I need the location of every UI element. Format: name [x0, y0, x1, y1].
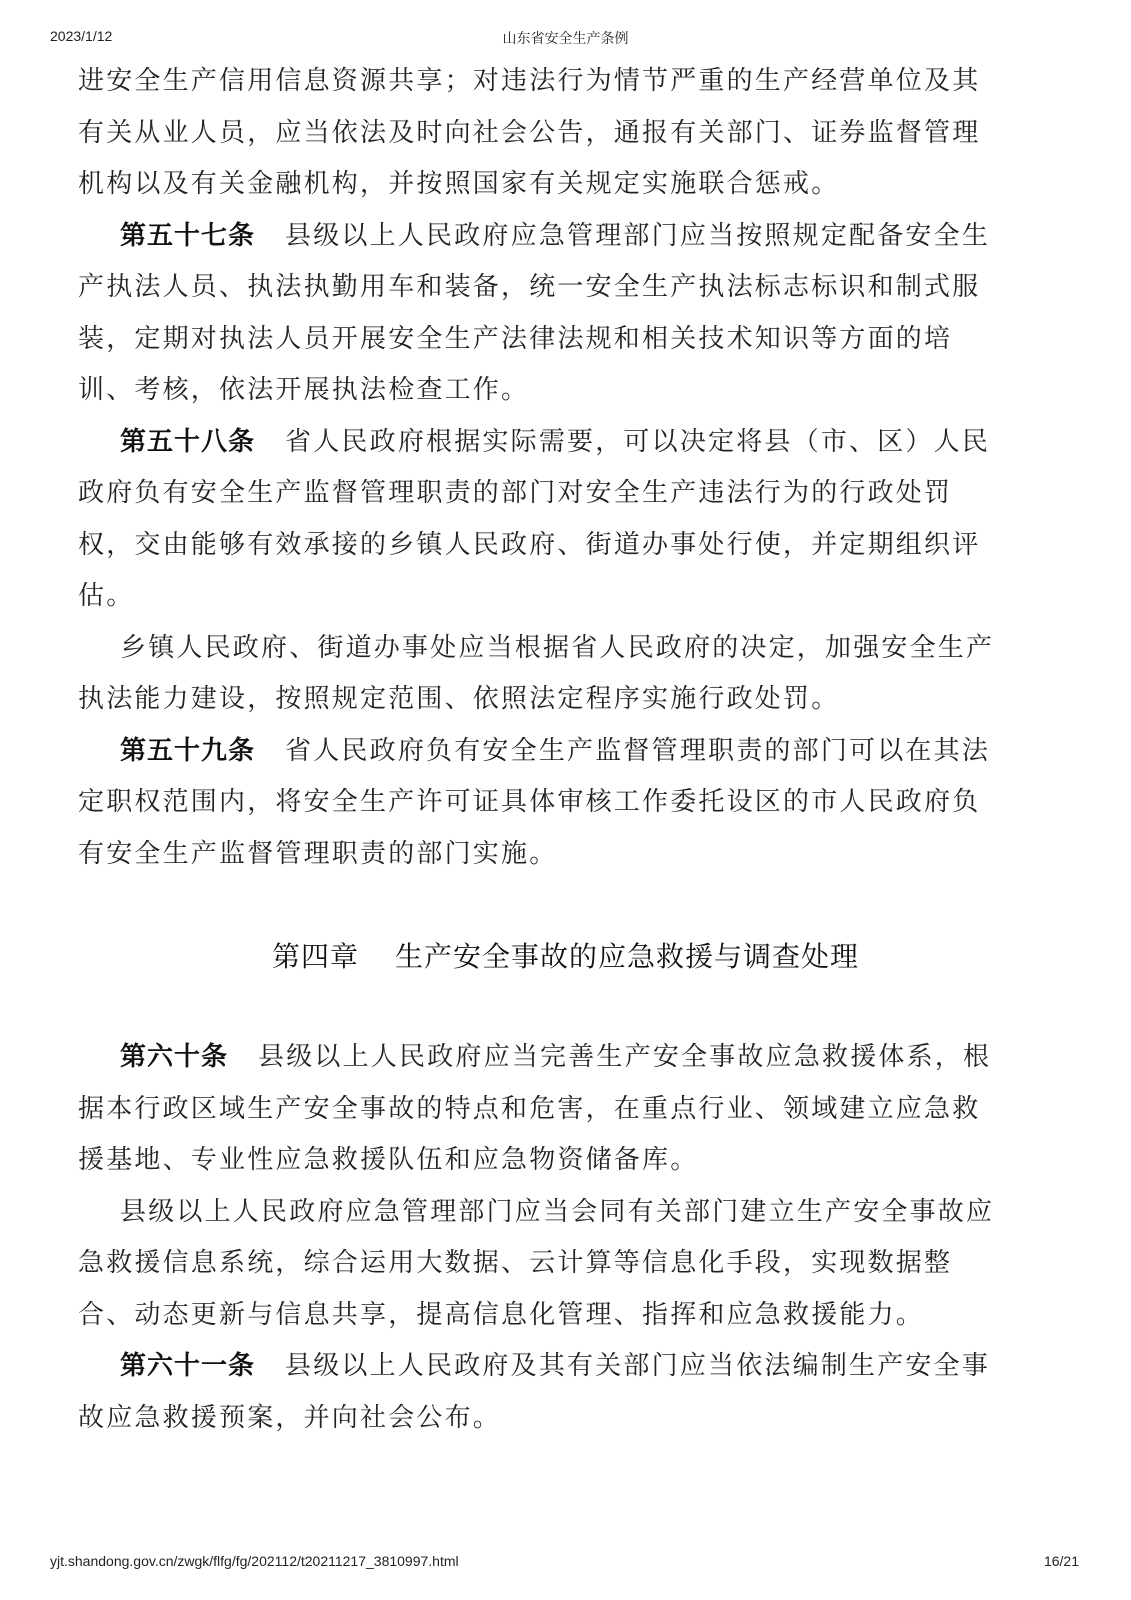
- paragraph-line: 进安全生产信用信息资源共享；对违法行为情节严重的生产经营单位及其: [78, 56, 1058, 108]
- paragraph-line: 估。: [78, 571, 1058, 623]
- paragraph-first-line: 县级以上人民政府应急管理部门应当会同有关部门建立生产安全事故应: [78, 1187, 1058, 1239]
- paragraph-first-line: 乡镇人民政府、街道办事处应当根据省人民政府的决定，加强安全生产: [78, 623, 1058, 675]
- article-58-first-line: 第五十八条省人民政府根据实际需要，可以决定将县（市、区）人民: [78, 417, 1058, 469]
- article-61-first-line: 第六十一条县级以上人民政府及其有关部门应当依法编制生产安全事: [78, 1341, 1058, 1393]
- page-body: 进安全生产信用信息资源共享；对违法行为情节严重的生产经营单位及其 有关从业人员，…: [78, 56, 1058, 880]
- article-59-label: 第五十九条: [120, 736, 255, 766]
- article-58-label: 第五十八条: [120, 427, 255, 457]
- page-number: 16/21: [1044, 1553, 1079, 1569]
- article-text: 县级以上人民政府及其有关部门应当依法编制生产安全事: [285, 1351, 990, 1381]
- paragraph-line: 政府负有安全生产监督管理职责的部门对安全生产违法行为的行政处罚: [78, 468, 1058, 520]
- page-body-continued: 第六十条县级以上人民政府应当完善生产安全事故应急救援体系，根 据本行政区域生产安…: [78, 1032, 1058, 1444]
- chapter-title: 生产安全事故的应急救援与调查处理: [395, 940, 859, 973]
- article-text: 县级以上人民政府应当完善生产安全事故应急救援体系，根: [258, 1042, 991, 1072]
- article-text: 省人民政府根据实际需要，可以决定将县（市、区）人民: [285, 427, 990, 457]
- paragraph-line: 有关从业人员，应当依法及时向社会公告，通报有关部门、证券监督管理: [78, 108, 1058, 160]
- paragraph-line: 据本行政区域生产安全事故的特点和危害，在重点行业、领域建立应急救: [78, 1084, 1058, 1136]
- article-text: 县级以上人民政府应急管理部门应当按照规定配备安全生: [285, 221, 990, 251]
- paragraph-line: 定职权范围内，将安全生产许可证具体审核工作委托设区的市人民政府负: [78, 777, 1058, 829]
- document-title: 山东省安全生产条例: [0, 28, 1131, 48]
- article-57-first-line: 第五十七条县级以上人民政府应急管理部门应当按照规定配备安全生: [78, 211, 1058, 263]
- paragraph-line: 产执法人员、执法执勤用车和装备，统一安全生产执法标志标识和制式服: [78, 262, 1058, 314]
- article-60-first-line: 第六十条县级以上人民政府应当完善生产安全事故应急救援体系，根: [78, 1032, 1058, 1084]
- paragraph-line: 有安全生产监督管理职责的部门实施。: [78, 829, 1058, 881]
- chapter-heading: 第四章生产安全事故的应急救援与调查处理: [0, 935, 1131, 975]
- article-text: 省人民政府负有安全生产监督管理职责的部门可以在其法: [285, 736, 990, 766]
- paragraph-line: 援基地、专业性应急救援队伍和应急物资储备库。: [78, 1135, 1058, 1187]
- article-60-label: 第六十条: [120, 1042, 228, 1072]
- article-57-label: 第五十七条: [120, 221, 255, 251]
- paragraph-line: 权，交由能够有效承接的乡镇人民政府、街道办事处行使，并定期组织评: [78, 520, 1058, 572]
- source-url: yjt.shandong.gov.cn/zwgk/flfg/fg/202112/…: [50, 1553, 459, 1569]
- paragraph-line: 急救援信息系统，综合运用大数据、云计算等信息化手段，实现数据整: [78, 1238, 1058, 1290]
- article-61-label: 第六十一条: [120, 1351, 255, 1381]
- paragraph-line: 训、考核，依法开展执法检查工作。: [78, 365, 1058, 417]
- paragraph-line: 装，定期对执法人员开展安全生产法律法规和相关技术知识等方面的培: [78, 314, 1058, 366]
- article-59-first-line: 第五十九条省人民政府负有安全生产监督管理职责的部门可以在其法: [78, 726, 1058, 778]
- paragraph-line: 合、动态更新与信息共享，提高信息化管理、指挥和应急救援能力。: [78, 1290, 1058, 1342]
- paragraph-line: 执法能力建设，按照规定范围、依照法定程序实施行政处罚。: [78, 674, 1058, 726]
- paragraph-line: 机构以及有关金融机构，并按照国家有关规定实施联合惩戒。: [78, 159, 1058, 211]
- chapter-number: 第四章: [272, 940, 359, 973]
- paragraph-line: 故应急救援预案，并向社会公布。: [78, 1393, 1058, 1445]
